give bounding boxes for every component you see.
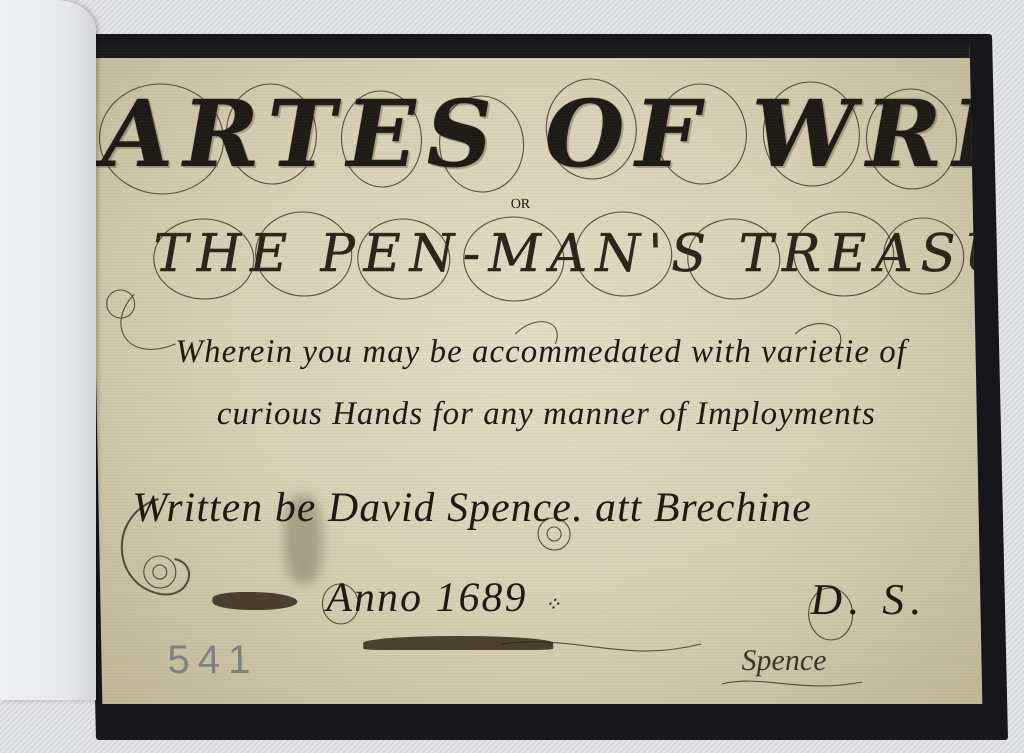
title-page: ARTES OF WRITING OR THE PEN-MAN'S TREASU…	[90, 44, 983, 704]
description-line-2: curious Hands for any manner of Imployme…	[216, 396, 876, 433]
description-line-1: Wherein you may be accommedated with var…	[175, 334, 907, 371]
manuscript-main-title: ARTES OF WRITING	[100, 80, 962, 188]
manuscript-subtitle: THE PEN-MAN'S TREASURIE	[153, 224, 934, 284]
author-line: Written be David Spence. att Brechine	[132, 484, 812, 532]
date-ornament-icon: ⁘	[544, 594, 563, 616]
or-label: OR	[511, 197, 531, 213]
ink-stain	[363, 636, 553, 650]
pencil-shelfmark: 541	[167, 638, 259, 683]
author-initials: D. S.	[810, 574, 928, 625]
ink-stain	[212, 592, 297, 610]
date-line: Anno 1689 ⁘	[326, 574, 563, 622]
author-signature: Spence	[741, 644, 827, 678]
date-text: Anno 1689	[326, 575, 528, 621]
flyleaf-page	[0, 0, 96, 700]
